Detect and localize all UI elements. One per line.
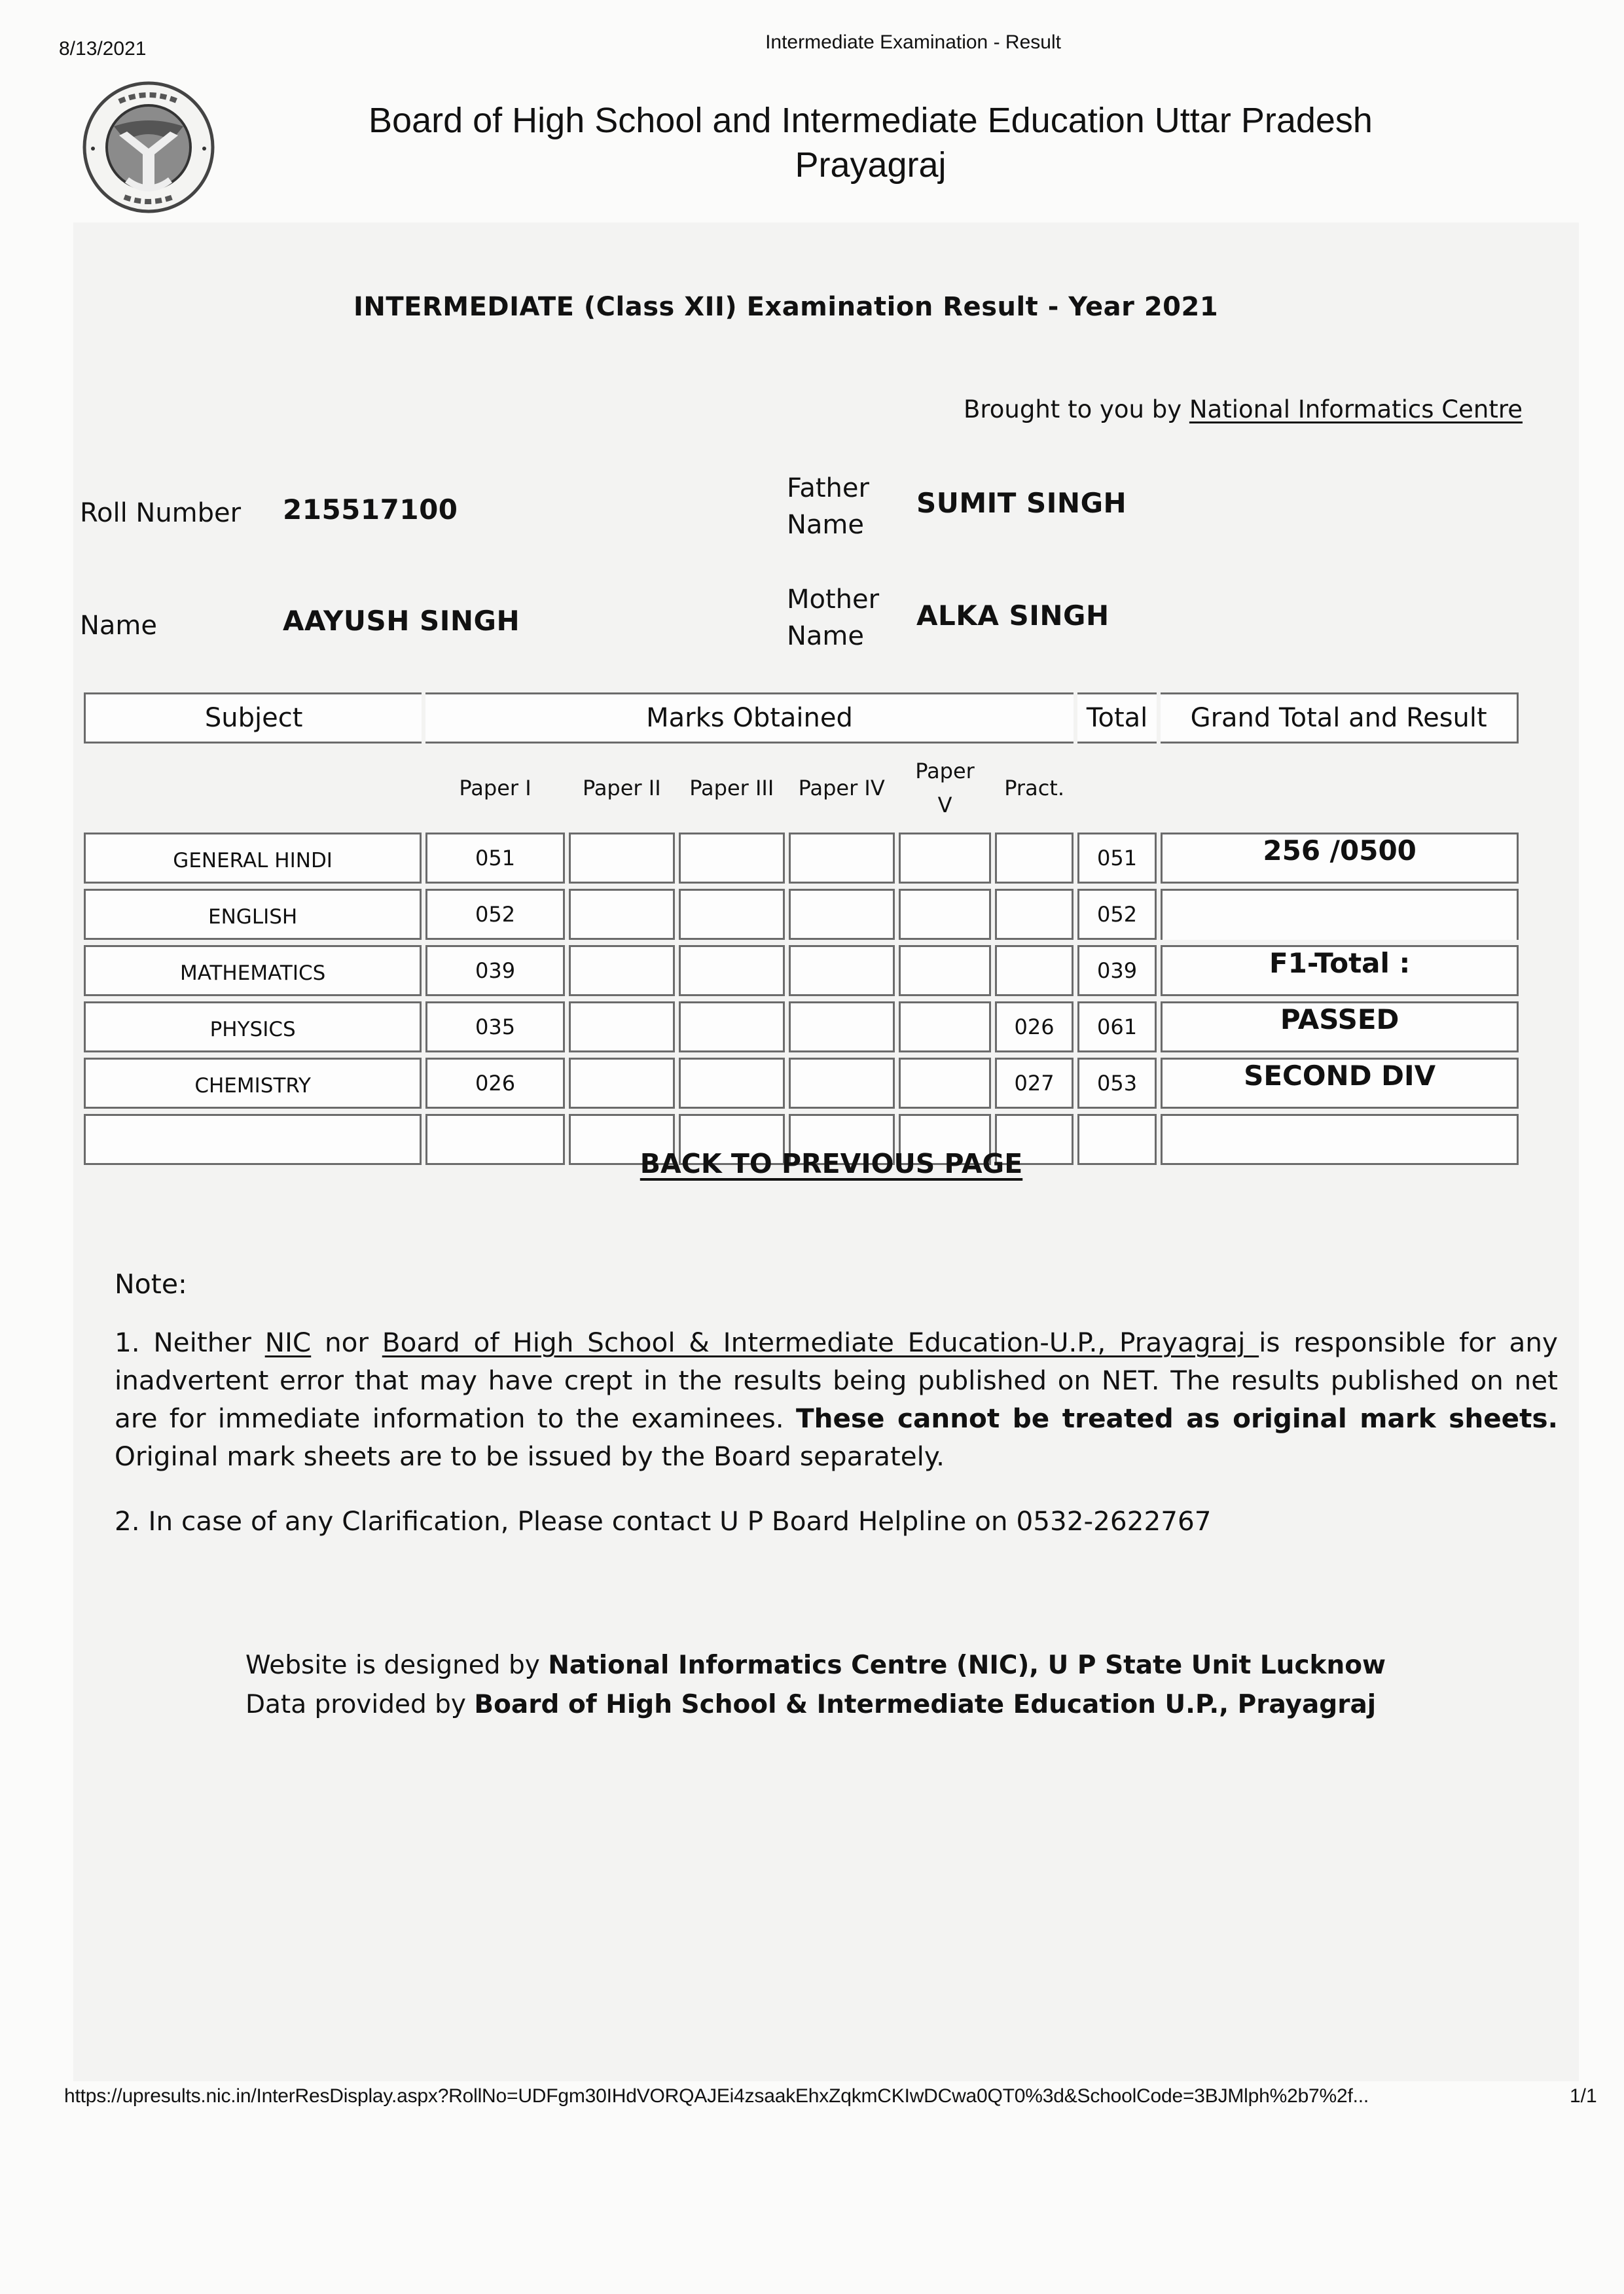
header-total: Total xyxy=(1077,692,1157,744)
table-subheader-row: Paper I Paper II Paper III Paper IV Pape… xyxy=(84,749,1519,827)
up-board-emblem-icon xyxy=(73,75,224,219)
paper2-cell xyxy=(569,1058,675,1109)
header-subject: Subject xyxy=(84,692,422,744)
subject-cell: MATHEMATICS xyxy=(84,945,422,996)
board-title: Board of High School and Intermediate Ed… xyxy=(216,98,1525,187)
paper5-cell xyxy=(899,889,992,940)
subheader-empty xyxy=(84,749,422,827)
paper4-cell xyxy=(789,833,895,884)
total-cell: 052 xyxy=(1077,889,1157,940)
name-label: Name xyxy=(80,607,157,644)
roll-number-label: Roll Number xyxy=(80,495,241,531)
note-2-helpline: 2. In case of any Clarification, Please … xyxy=(115,1505,1212,1537)
paper2-cell xyxy=(569,889,675,940)
subheader-empty-result xyxy=(1161,749,1519,827)
note-1-bold: These cannot be treated as original mark… xyxy=(796,1403,1558,1434)
subheader-practical: Pract. xyxy=(995,749,1073,827)
pract-cell xyxy=(995,889,1073,940)
total-cell: 039 xyxy=(1077,945,1157,996)
paper5-cell xyxy=(899,1001,992,1052)
table-row: GENERAL HINDI051051256 /0500 xyxy=(84,833,1519,884)
note-1: 1. Neither NIC nor Board of High School … xyxy=(115,1323,1558,1475)
paper3-cell xyxy=(679,945,785,996)
subject-cell: ENGLISH xyxy=(84,889,422,940)
result-empty xyxy=(1161,889,1519,940)
pract-cell xyxy=(995,833,1073,884)
paper5-cell xyxy=(899,945,992,996)
subheader-paper-3: Paper III xyxy=(679,749,785,827)
note-label: Note: xyxy=(115,1268,187,1300)
paper3-cell xyxy=(679,889,785,940)
nic-note-link[interactable]: NIC xyxy=(265,1327,312,1358)
table-row: PHYSICS035026061PASSED xyxy=(84,1001,1519,1052)
father-name-label: Father Name xyxy=(787,470,869,543)
board-note-link[interactable]: Board of High School & Intermediate Educ… xyxy=(382,1327,1259,1358)
pract-cell: 027 xyxy=(995,1058,1073,1109)
footer-credits: Website is designed by National Informat… xyxy=(245,1646,1386,1725)
roll-number-value: 215517100 xyxy=(283,493,458,526)
table-row: CHEMISTRY026027053SECOND DIV xyxy=(84,1058,1519,1109)
marks-body: GENERAL HINDI051051256 /0500ENGLISH05205… xyxy=(84,833,1519,1165)
pract-cell xyxy=(995,945,1073,996)
paper4-cell xyxy=(789,945,895,996)
student-name-value: AAYUSH SINGH xyxy=(283,605,520,637)
division-value: SECOND DIV xyxy=(1161,1058,1519,1109)
paper1-cell: 051 xyxy=(425,833,565,884)
paper4-cell xyxy=(789,1001,895,1052)
f1-total-label: F1-Total : xyxy=(1161,945,1519,996)
board-title-line1: Board of High School and Intermediate Ed… xyxy=(216,98,1525,143)
subheader-paper-4: Paper IV xyxy=(789,749,895,827)
subject-cell: PHYSICS xyxy=(84,1001,422,1052)
subject-cell: CHEMISTRY xyxy=(84,1058,422,1109)
designed-by-line: Website is designed by National Informat… xyxy=(245,1646,1386,1685)
paper1-cell: 052 xyxy=(425,889,565,940)
paper2-cell xyxy=(569,945,675,996)
paper5-cell xyxy=(899,1058,992,1109)
print-url: https://upresults.nic.in/InterResDisplay… xyxy=(64,2085,1369,2107)
father-name-value: SUMIT SINGH xyxy=(916,487,1127,519)
total-cell: 061 xyxy=(1077,1001,1157,1052)
total-cell: 051 xyxy=(1077,833,1157,884)
header-marks-obtained: Marks Obtained xyxy=(425,692,1074,744)
pract-cell: 026 xyxy=(995,1001,1073,1052)
table-row: MATHEMATICS039039F1-Total : xyxy=(84,945,1519,996)
data-provided-by-line: Data provided by Board of High School & … xyxy=(245,1685,1386,1725)
print-page-title: Intermediate Examination - Result xyxy=(0,31,1624,54)
board-title-line2: Prayagraj xyxy=(216,143,1525,187)
credit-line: Brought to you by National Informatics C… xyxy=(964,395,1523,423)
table-header-row: Subject Marks Obtained Total Grand Total… xyxy=(84,692,1519,744)
paper3-cell xyxy=(679,833,785,884)
grand-total-value: 256 /0500 xyxy=(1161,833,1519,884)
back-link-container: BACK TO PREVIOUS PAGE xyxy=(0,1148,1624,1179)
mother-name-label: Mother Name xyxy=(787,581,879,654)
result-status: PASSED xyxy=(1161,1001,1519,1052)
subheader-paper-1: Paper I xyxy=(425,749,565,827)
paper2-cell xyxy=(569,833,675,884)
paper3-cell xyxy=(679,1058,785,1109)
paper1-cell: 026 xyxy=(425,1058,565,1109)
paper4-cell xyxy=(789,889,895,940)
mother-name-value: ALKA SINGH xyxy=(916,600,1110,632)
subheader-paper-5: Paper V xyxy=(899,749,992,827)
paper2-cell xyxy=(569,1001,675,1052)
paper5-cell xyxy=(899,833,992,884)
marks-table: Subject Marks Obtained Total Grand Total… xyxy=(80,687,1523,1170)
subject-cell: GENERAL HINDI xyxy=(84,833,422,884)
subheader-empty-total xyxy=(1077,749,1157,827)
total-cell: 053 xyxy=(1077,1058,1157,1109)
page-number: 1/1 xyxy=(1570,2085,1597,2107)
table-row: ENGLISH052052 xyxy=(84,889,1519,940)
header-grand-total-result: Grand Total and Result xyxy=(1161,692,1519,744)
paper4-cell xyxy=(789,1058,895,1109)
back-to-previous-page-link[interactable]: BACK TO PREVIOUS PAGE xyxy=(640,1148,1022,1179)
exam-title: INTERMEDIATE (Class XII) Examination Res… xyxy=(353,292,1218,322)
subheader-paper-2: Paper II xyxy=(569,749,675,827)
credit-prefix: Brought to you by xyxy=(964,395,1189,423)
paper1-cell: 039 xyxy=(425,945,565,996)
paper1-cell: 035 xyxy=(425,1001,565,1052)
paper3-cell xyxy=(679,1001,785,1052)
nic-link[interactable]: National Informatics Centre xyxy=(1189,395,1523,423)
